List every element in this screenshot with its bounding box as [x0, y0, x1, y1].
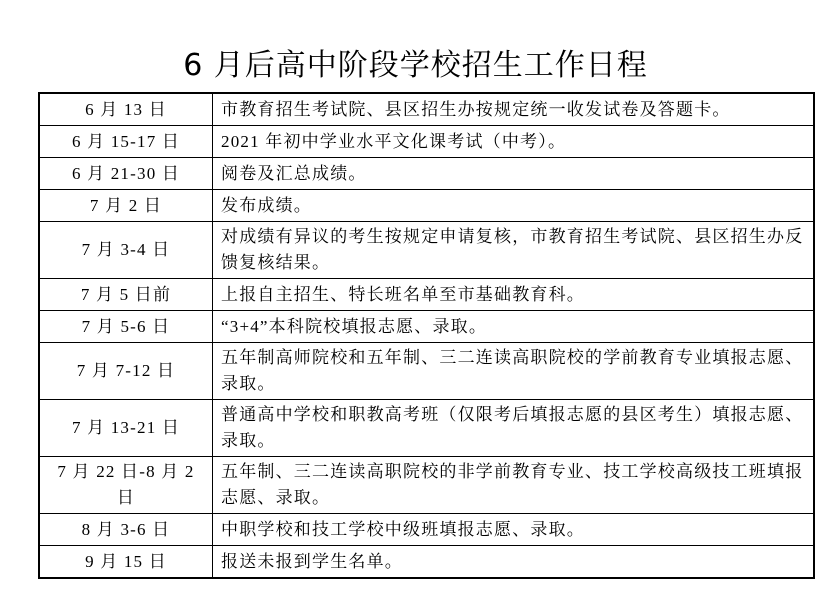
task-cell: 市教育招生考试院、县区招生办按规定统一收发试卷及答题卡。: [213, 93, 815, 126]
document-page: 6 月后高中阶段学校招生工作日程 6 月 13 日市教育招生考试院、县区招生办按…: [0, 0, 831, 596]
date-cell: 7 月 22 日-8 月 2 日: [39, 457, 213, 514]
table-row: 7 月 7-12 日五年制高师院校和五年制、三二连读高职院校的学前教育专业填报志…: [39, 343, 814, 400]
task-cell: 五年制高师院校和五年制、三二连读高职院校的学前教育专业填报志愿、录取。: [213, 343, 815, 400]
date-cell: 7 月 13-21 日: [39, 400, 213, 457]
table-row: 9 月 15 日报送未报到学生名单。: [39, 546, 814, 579]
table-row: 6 月 15-17 日2021 年初中学业水平文化课考试（中考）。: [39, 126, 814, 158]
task-cell: 上报自主招生、特长班名单至市基础教育科。: [213, 279, 815, 311]
table-row: 6 月 13 日市教育招生考试院、县区招生办按规定统一收发试卷及答题卡。: [39, 93, 814, 126]
table-row: 6 月 21-30 日阅卷及汇总成绩。: [39, 158, 814, 190]
table-row: 8 月 3-6 日中职学校和技工学校中级班填报志愿、录取。: [39, 514, 814, 546]
table-row: 7 月 22 日-8 月 2 日五年制、三二连读高职院校的非学前教育专业、技工学…: [39, 457, 814, 514]
date-cell: 7 月 2 日: [39, 190, 213, 222]
task-cell: 中职学校和技工学校中级班填报志愿、录取。: [213, 514, 815, 546]
task-cell: 普通高中学校和职教高考班（仅限考后填报志愿的县区考生）填报志愿、录取。: [213, 400, 815, 457]
table-row: 7 月 3-4 日对成绩有异议的考生按规定申请复核，市教育招生考试院、县区招生办…: [39, 222, 814, 279]
date-cell: 7 月 5-6 日: [39, 311, 213, 343]
task-cell: 2021 年初中学业水平文化课考试（中考）。: [213, 126, 815, 158]
task-cell: 阅卷及汇总成绩。: [213, 158, 815, 190]
date-cell: 6 月 13 日: [39, 93, 213, 126]
date-cell: 7 月 3-4 日: [39, 222, 213, 279]
task-cell: 对成绩有异议的考生按规定申请复核，市教育招生考试院、县区招生办反馈复核结果。: [213, 222, 815, 279]
table-row: 7 月 5 日前上报自主招生、特长班名单至市基础教育科。: [39, 279, 814, 311]
table-row: 7 月 2 日发布成绩。: [39, 190, 814, 222]
task-cell: 发布成绩。: [213, 190, 815, 222]
task-cell: 五年制、三二连读高职院校的非学前教育专业、技工学校高级技工班填报志愿、录取。: [213, 457, 815, 514]
task-cell: 报送未报到学生名单。: [213, 546, 815, 579]
date-cell: 7 月 7-12 日: [39, 343, 213, 400]
date-cell: 8 月 3-6 日: [39, 514, 213, 546]
schedule-table-body: 6 月 13 日市教育招生考试院、县区招生办按规定统一收发试卷及答题卡。6 月 …: [39, 93, 814, 578]
schedule-table: 6 月 13 日市教育招生考试院、县区招生办按规定统一收发试卷及答题卡。6 月 …: [38, 92, 815, 579]
task-cell: “3+4”本科院校填报志愿、录取。: [213, 311, 815, 343]
date-cell: 7 月 5 日前: [39, 279, 213, 311]
date-cell: 6 月 21-30 日: [39, 158, 213, 190]
table-row: 7 月 13-21 日普通高中学校和职教高考班（仅限考后填报志愿的县区考生）填报…: [39, 400, 814, 457]
page-title: 6 月后高中阶段学校招生工作日程: [0, 0, 831, 84]
date-cell: 6 月 15-17 日: [39, 126, 213, 158]
table-row: 7 月 5-6 日“3+4”本科院校填报志愿、录取。: [39, 311, 814, 343]
date-cell: 9 月 15 日: [39, 546, 213, 579]
